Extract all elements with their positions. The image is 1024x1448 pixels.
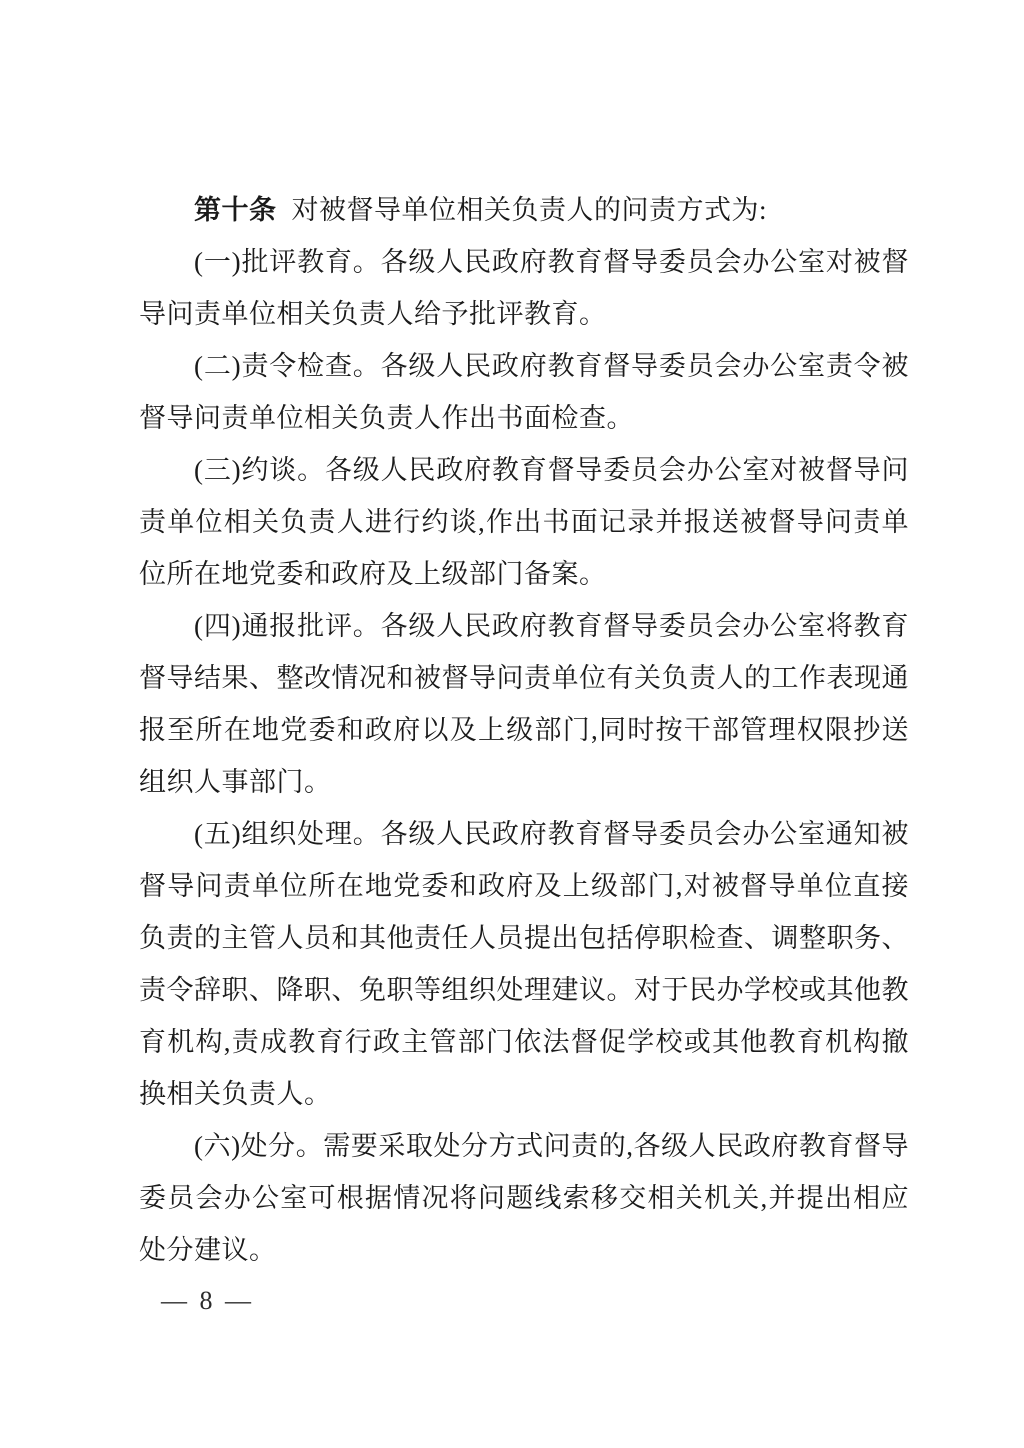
- paragraph-item-6: (六)处分。需要采取处分方式问责的,各级人民政府教育督导委员会办公室可根据情况将…: [139, 1120, 909, 1276]
- paragraph-item-4: (四)通报批评。各级人民政府教育督导委员会办公室将教育督导结果、整改情况和被督导…: [139, 600, 909, 808]
- paragraph-item-1: (一)批评教育。各级人民政府教育督导委员会办公室对被督导问责单位相关负责人给予批…: [139, 236, 909, 340]
- document-page: 第十条对被督导单位相关负责人的问责方式为: (一)批评教育。各级人民政府教育督导…: [0, 0, 1024, 1448]
- document-body: 第十条对被督导单位相关负责人的问责方式为: (一)批评教育。各级人民政府教育督导…: [139, 184, 909, 1276]
- article-number: 第十条: [194, 195, 277, 225]
- article-10-title: 对被督导单位相关负责人的问责方式为:: [292, 195, 768, 225]
- page-number: — 8 —: [161, 1283, 254, 1319]
- paragraph-item-5: (五)组织处理。各级人民政府教育督导委员会办公室通知被督导问责单位所在地党委和政…: [139, 808, 909, 1120]
- paragraph-item-2: (二)责令检查。各级人民政府教育督导委员会办公室责令被督导问责单位相关负责人作出…: [139, 340, 909, 444]
- paragraph-item-3: (三)约谈。各级人民政府教育督导委员会办公室对被督导问责单位相关负责人进行约谈,…: [139, 444, 909, 600]
- paragraph-article-10: 第十条对被督导单位相关负责人的问责方式为:: [139, 184, 909, 236]
